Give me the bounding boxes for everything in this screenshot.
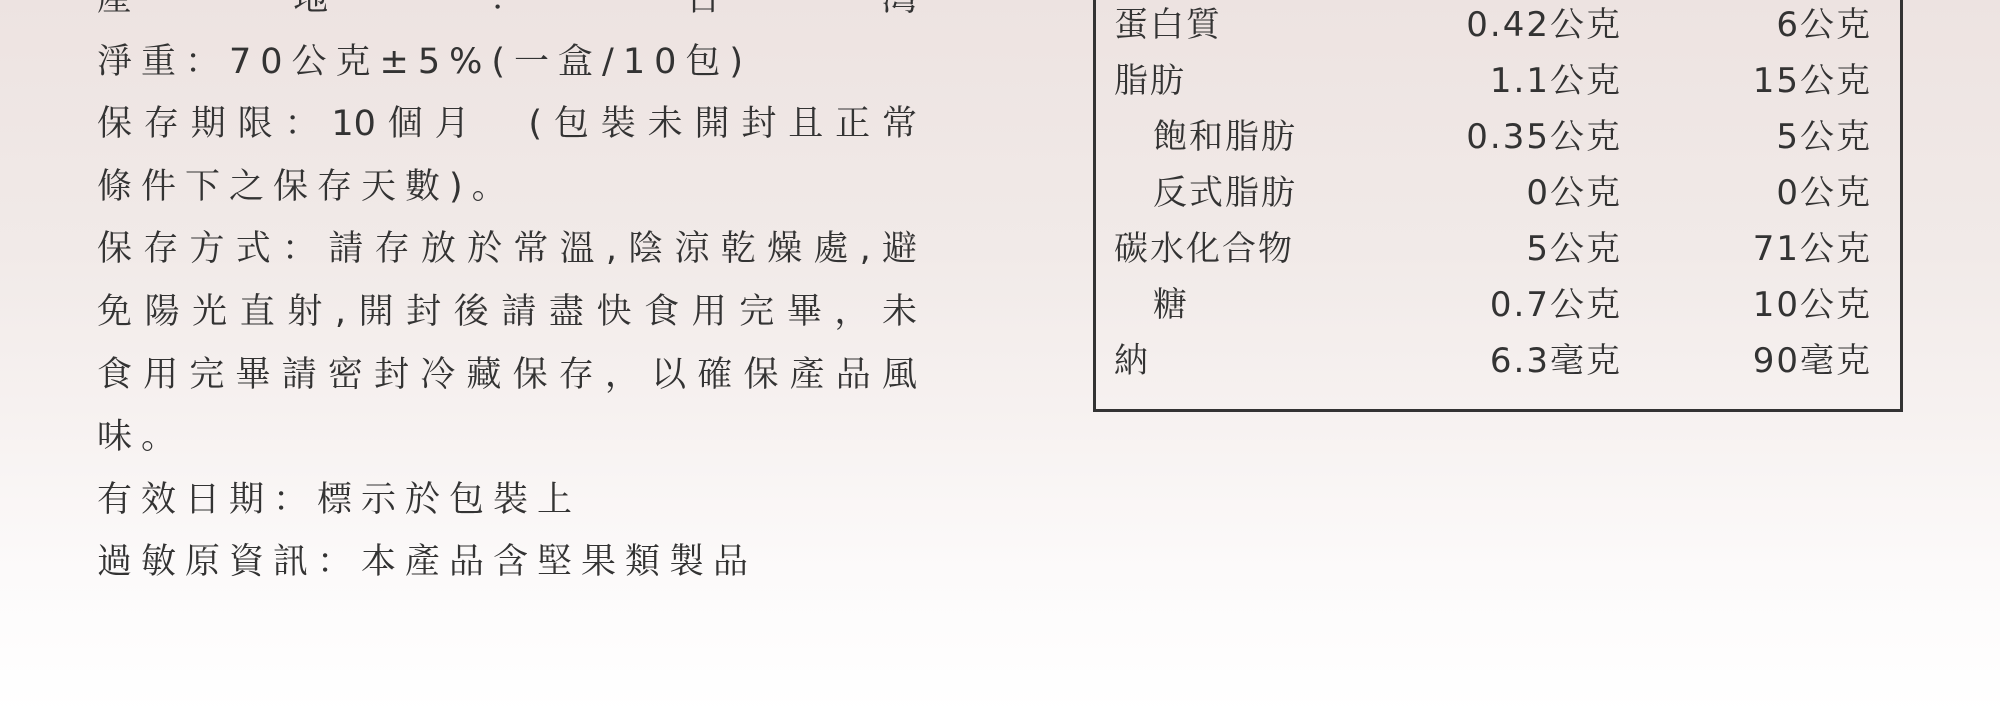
product-info-block: 產地：台灣 淨重：70公克±5%(一盒/10包) 保存期限：10個月 (包裝未開… <box>97 0 917 594</box>
nutrition-row-fat: 脂肪 1.1公克 15公克 <box>1096 53 1900 109</box>
nutrition-facts-table: 蛋白質 0.42公克 6公克 脂肪 1.1公克 15公克 飽和脂肪 0.35公克… <box>1093 0 1903 412</box>
nutrient-name: 納 <box>1114 333 1150 389</box>
nutrition-row-protein: 蛋白質 0.42公克 6公克 <box>1096 0 1900 53</box>
per-serving-value: 1.1公克 <box>1490 53 1622 109</box>
per-100g-value: 15公克 <box>1753 53 1872 109</box>
per-100g-value: 10公克 <box>1753 277 1872 333</box>
per-serving-value: 6.3毫克 <box>1490 333 1622 389</box>
per-100g-value: 0公克 <box>1776 165 1872 221</box>
shelf-life-line: 保存期限：10個月 (包裝未開封且正常 <box>97 93 917 156</box>
nutrient-name: 糖 <box>1153 277 1189 333</box>
storage-method-line: 保存方式：請存放於常溫,陰涼乾燥處,避 <box>97 218 917 281</box>
storage-method-line-2: 免陽光直射,開封後請盡快食用完畢，未 <box>97 281 917 344</box>
origin-line: 產地：台灣 <box>97 0 917 31</box>
nutrition-row-sodium: 納 6.3毫克 90毫克 <box>1096 333 1900 389</box>
per-serving-value: 0公克 <box>1526 165 1622 221</box>
per-serving-value: 0.35公克 <box>1466 109 1622 165</box>
allergen-info-line: 過敏原資訊：本產品含堅果類製品 <box>97 531 917 594</box>
storage-method-line-3: 食用完畢請密封冷藏保存，以確保產品風 <box>97 344 917 407</box>
nutrient-name: 碳水化合物 <box>1114 221 1294 277</box>
nutrient-name: 反式脂肪 <box>1153 165 1297 221</box>
nutrition-row-carbohydrate: 碳水化合物 5公克 71公克 <box>1096 221 1900 277</box>
per-100g-value: 71公克 <box>1753 221 1872 277</box>
per-serving-value: 0.7公克 <box>1490 277 1622 333</box>
nutrient-name: 蛋白質 <box>1114 0 1222 53</box>
per-serving-value: 0.42公克 <box>1466 0 1622 53</box>
per-100g-value: 90毫克 <box>1753 333 1872 389</box>
per-100g-value: 5公克 <box>1776 109 1872 165</box>
storage-method-line-4: 味。 <box>97 406 917 469</box>
nutrient-name: 脂肪 <box>1114 53 1186 109</box>
expiry-date-line: 有效日期：標示於包裝上 <box>97 469 917 532</box>
shelf-life-line-cont: 條件下之保存天數)。 <box>97 156 917 219</box>
net-weight-line: 淨重：70公克±5%(一盒/10包) <box>97 31 917 94</box>
nutrition-row-sugar: 糖 0.7公克 10公克 <box>1096 277 1900 333</box>
nutrition-row-trans-fat: 反式脂肪 0公克 0公克 <box>1096 165 1900 221</box>
nutrient-name: 飽和脂肪 <box>1153 109 1297 165</box>
per-serving-value: 5公克 <box>1526 221 1622 277</box>
per-100g-value: 6公克 <box>1776 0 1872 53</box>
nutrition-row-saturated-fat: 飽和脂肪 0.35公克 5公克 <box>1096 109 1900 165</box>
